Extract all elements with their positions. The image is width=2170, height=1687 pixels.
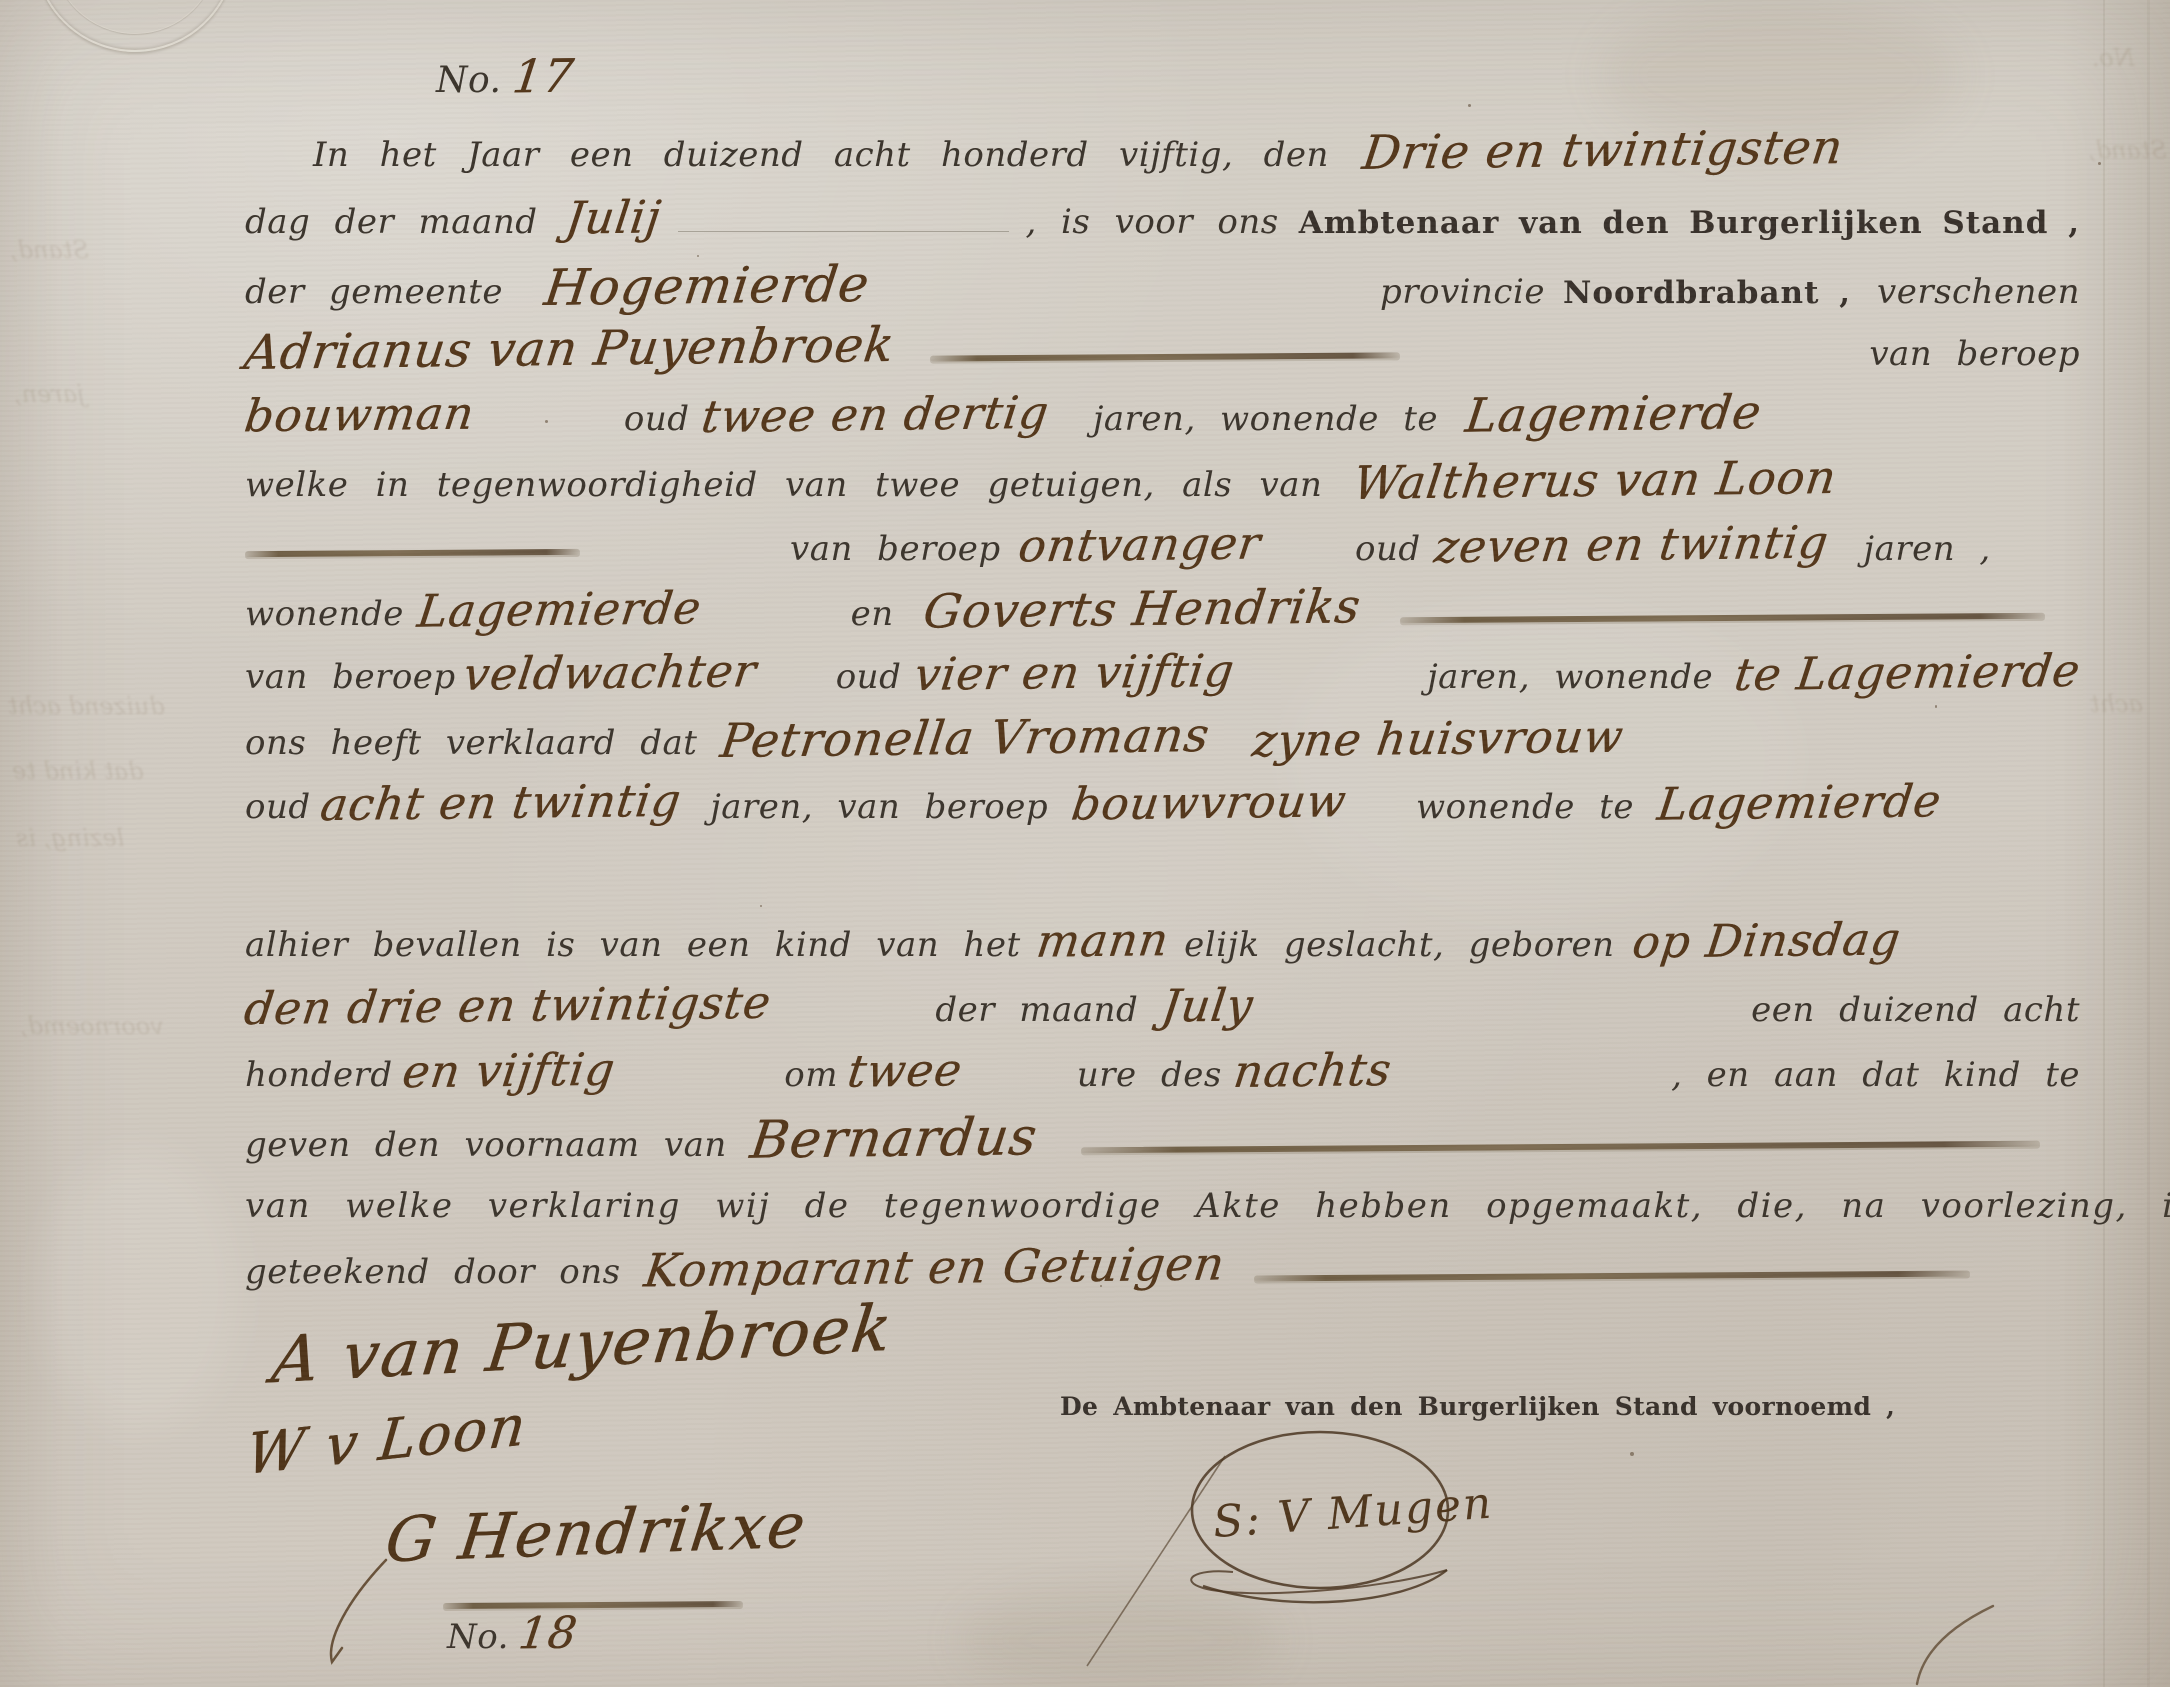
printed-text: honderd (245, 1055, 393, 1095)
printed-text: een duizend acht (1751, 990, 2080, 1030)
handwritten-text: July (1160, 985, 1256, 1027)
record-number: No. 17 (436, 56, 574, 101)
embossed-seal (34, 0, 236, 52)
ink-speck (1468, 104, 1471, 107)
handwritten-text: Bernardus (748, 1114, 1040, 1164)
handwritten-text: Goverts Hendriks (921, 586, 1363, 634)
printed-text: der gemeente (245, 272, 503, 312)
printed-text: wonende (245, 594, 404, 634)
act-line: bouwman oud twee en dertig jaren, wonend… (245, 394, 2080, 439)
printed-text: geteekend door ons (245, 1252, 621, 1292)
act-line: honderd en vijftig om twee ure des nacht… (245, 1051, 2080, 1095)
signature-flourish (300, 1556, 410, 1668)
printed-text: en (851, 594, 894, 634)
bleedthrough-text: duizend acht (8, 692, 165, 720)
ink-speck (1935, 705, 1937, 708)
handwritten-text: Lagemierde (1655, 781, 1943, 825)
paper-stain (40, 1150, 240, 1430)
handwritten-text: Waltherus van Loon (1351, 457, 1839, 504)
bleedthrough-text: lezing, is (16, 824, 124, 852)
act-line: geteekend door ons Komparant en Getuigen (245, 1247, 2080, 1292)
page-crease (2147, 0, 2150, 1687)
blank-field-line (678, 230, 1009, 232)
act-line: In het Jaar een duizend acht honderd vij… (313, 130, 2080, 175)
printed-text: , en aan dat kind te (1671, 1055, 2080, 1095)
act-line: den drie en twintigste der maand July ee… (245, 986, 2080, 1030)
pen-rule (443, 1601, 743, 1609)
printed-text: der maand (935, 990, 1138, 1030)
handwritten-text: acht en twintig (318, 781, 683, 826)
bleedthrough-text: jaren, (14, 380, 85, 408)
birth-act-page: Stand, jaren, duizend acht dat kind te l… (0, 0, 2170, 1687)
embossed-seal-inner-ring (52, 0, 218, 34)
page-crease (2103, 0, 2105, 1687)
handwritten-text: Julij (563, 197, 663, 239)
bleedthrough-text: Stand, (2088, 136, 2167, 164)
printed-text: ure des (1077, 1055, 1222, 1095)
printed-text: oud (836, 657, 902, 697)
next-record-number: No. 18 (447, 1614, 577, 1657)
bleedthrough-text: No. (2092, 44, 2135, 72)
printed-text: oud (1355, 529, 1421, 569)
act-line: alhier bevallen is van een kind van het … (245, 921, 2080, 965)
pen-rule (1400, 612, 2045, 623)
act-line: van beroep ontvanger oud zeven en twinti… (245, 525, 2080, 569)
pen-rule (1254, 1270, 1970, 1281)
printed-text: van beroep (245, 657, 456, 697)
handwritten-text: op Dinsdag (1630, 919, 1903, 963)
printed-text: dag der maand (245, 202, 538, 242)
handwritten-text: veldwachter (461, 651, 759, 695)
pen-rule (1081, 1140, 2040, 1153)
bleedthrough-text: acht (2090, 690, 2143, 718)
printed-text: welke in tegenwoordigheid van twee getui… (245, 465, 1322, 505)
handwritten-text: bouwman (242, 394, 476, 437)
bleedthrough-text: Stand, (10, 236, 89, 264)
act-line: dag der maand Julij , is voor ons Ambten… (245, 198, 2080, 242)
record-number-value: 17 (511, 56, 577, 98)
ink-speck (2098, 162, 2101, 165)
act-line: welke in tegenwoordigheid van twee getui… (245, 460, 2080, 505)
bleedthrough-text: voornoemd, (20, 1012, 164, 1040)
official-title: De Ambtenaar van den Burgerlijken Stand … (1060, 1392, 1895, 1421)
handwritten-text: Lagemierde (1463, 392, 1764, 438)
act-line: van welke verklaring wij de tegenwoordig… (245, 1186, 2080, 1226)
printed-text: Ambtenaar van den Burgerlijken Stand , (1299, 205, 2080, 241)
official-signature-oval: S: V Mugen (1075, 1418, 1505, 1683)
printed-text: geven den voornaam van (245, 1125, 727, 1165)
signature-witness-2: G Hendrikxe (382, 1488, 811, 1576)
printed-text: oud (624, 399, 690, 439)
handwritten-text: Petronella Vromans (718, 715, 1212, 763)
handwritten-text: ontvanger (1016, 524, 1263, 567)
printed-text: verschenen (1877, 272, 2080, 312)
printed-text: , is voor ons (1025, 202, 1278, 242)
next-record-number-value: 18 (516, 1614, 579, 1654)
pen-rule (245, 549, 580, 557)
handwritten-text: mann (1034, 920, 1171, 962)
ink-speck (760, 905, 762, 907)
printed-text: ons heeft verklaard dat (245, 723, 697, 763)
printed-text: oud (245, 787, 311, 827)
official-signature: S: V Mugen (1211, 1478, 1495, 1548)
signature-flourish (1893, 1600, 2008, 1687)
act-line: wonende Lagemierde en Goverts Hendriks (245, 589, 2080, 634)
record-number-label: No. (436, 60, 501, 101)
handwritten-text: Lagemierde (415, 588, 703, 632)
printed-text: alhier bevallen is van een kind van het (245, 925, 1021, 965)
signature-declarant: A van Puyenbroek (268, 1291, 897, 1398)
handwritten-text: twee (845, 1050, 964, 1092)
pen-rule (930, 352, 1400, 361)
act-line: oud acht en twintig jaren, van beroep bo… (245, 783, 2080, 827)
printed-text: van welke verklaring wij de tegenwoordig… (245, 1186, 2170, 1226)
printed-text: provincie (1380, 272, 1545, 312)
act-line: Adrianus van Puyenbroek van beroep (245, 328, 2080, 374)
printed-text: om (784, 1055, 838, 1095)
act-line: geven den voornaam van Bernardus (245, 1116, 2080, 1165)
printed-text: van beroep (1869, 334, 2080, 374)
ink-speck (545, 420, 548, 423)
handwritten-text: Adrianus van Puyenbroek (242, 324, 897, 375)
printed-text: jaren, van beroep (710, 787, 1048, 827)
handwritten-text: den drie en twintigste (242, 983, 773, 1030)
handwritten-text: nachts (1231, 1050, 1394, 1092)
printed-text: van beroep (790, 529, 1001, 569)
handwritten-text: Drie en twintigsten (1360, 127, 1846, 175)
ink-speck (697, 255, 699, 257)
printed-text: jaren, wonende (1427, 657, 1713, 697)
printed-text: jaren , (1864, 529, 1991, 569)
next-record-number-label: No. (447, 1617, 509, 1657)
handwritten-text: bouwvrouw (1069, 781, 1349, 825)
act-line: der gemeente Hogemierde provincie Noordb… (245, 264, 2080, 312)
handwritten-text: zeven en twintig (1432, 523, 1831, 568)
handwritten-text: Komparant en Getuigen (641, 1243, 1226, 1291)
printed-text: wonende te (1416, 787, 1634, 827)
ink-speck (1630, 1452, 1634, 1456)
handwritten-text: en vijftig (400, 1050, 617, 1093)
ink-speck (1100, 1285, 1102, 1287)
printed-text: jaren, wonende te (1093, 399, 1438, 439)
printed-text: elijk geslacht, geboren (1184, 925, 1614, 965)
signature-witness-1: W v Loon (243, 1393, 530, 1489)
act-line: van beroep veldwachter oud vier en vijft… (245, 653, 2080, 697)
handwritten-text: Hogemierde (542, 262, 872, 311)
handwritten-text: zyne huisvrouw (1250, 717, 1626, 762)
printed-text: In het Jaar een duizend acht honderd vij… (313, 135, 1329, 175)
handwritten-text: twee en dertig (699, 393, 1051, 438)
handwritten-text: vier en vijftig (912, 651, 1237, 695)
printed-text: Noordbrabant , (1563, 275, 1851, 311)
handwritten-text: te Lagemierde (1732, 651, 2083, 696)
bleedthrough-text: dat kind te (12, 757, 143, 785)
act-line: ons heeft verklaard dat Petronella Vroma… (245, 718, 2080, 763)
